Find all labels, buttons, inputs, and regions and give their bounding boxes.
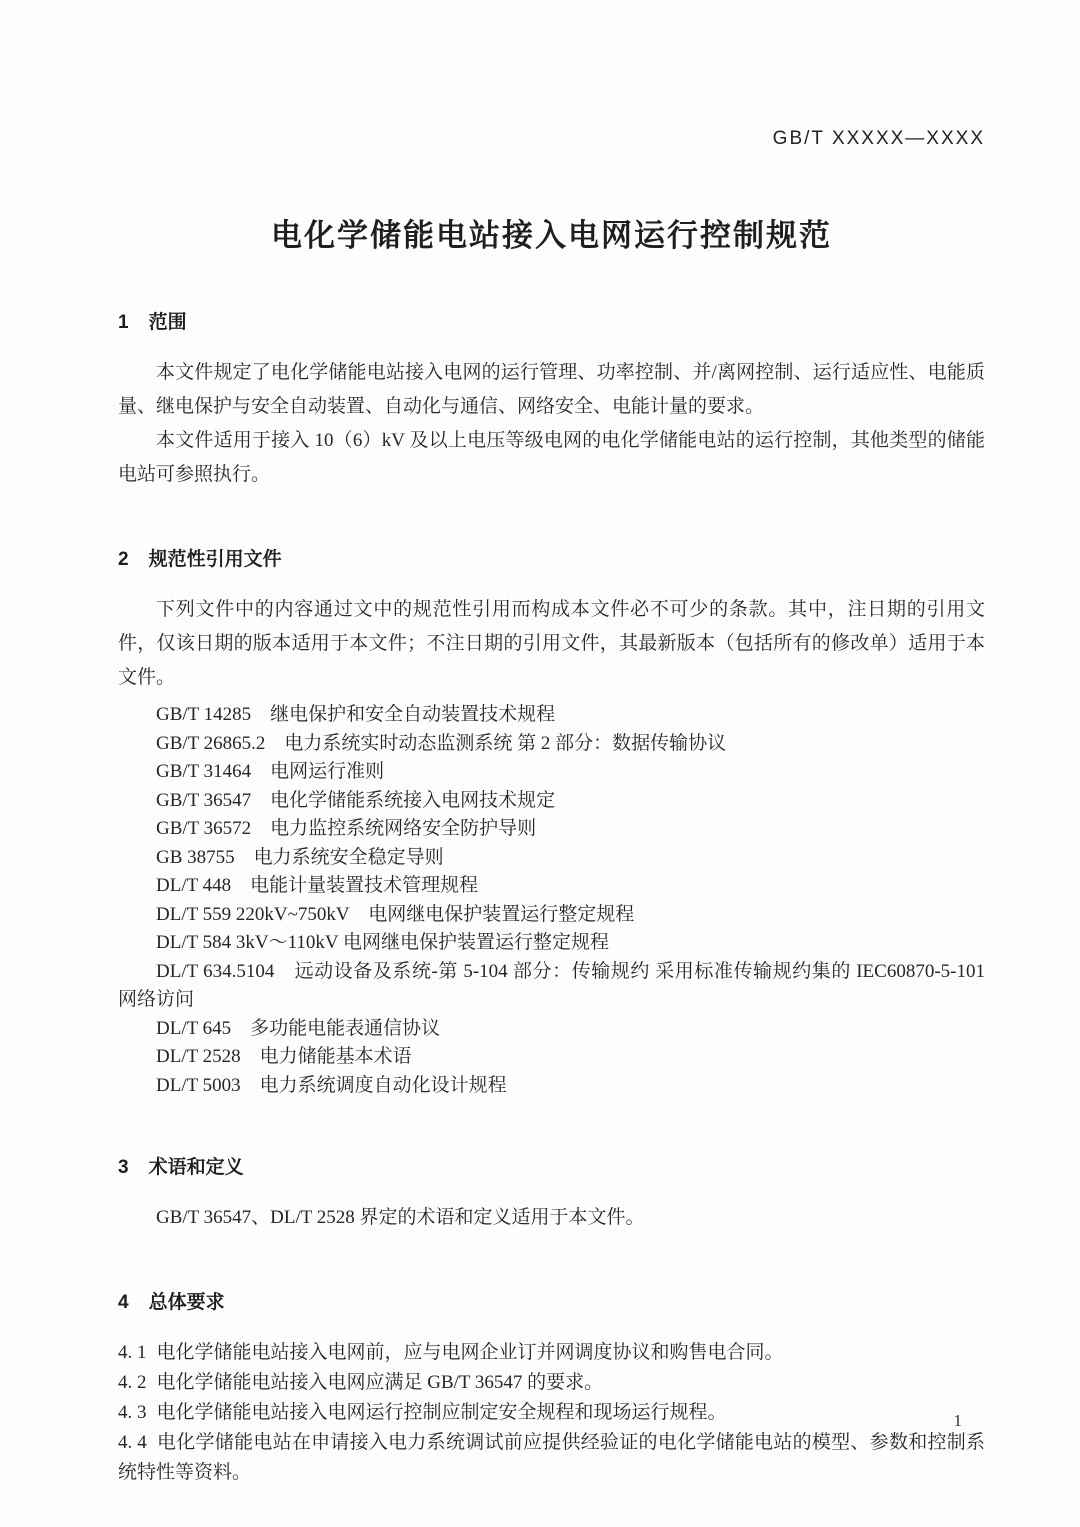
- clause-text: 电化学储能电站接入电网运行控制应制定安全规程和现场运行规程。: [157, 1402, 727, 1423]
- reference-item: GB/T 14285 继电保护和安全自动装置技术规程: [118, 701, 985, 730]
- section-3-title: 术语和定义: [149, 1157, 244, 1178]
- reference-item: DL/T 448 电能计量装置技术管理规程: [118, 872, 985, 901]
- clause-text: 电化学储能电站接入电网应满足 GB/T 36547 的要求。: [157, 1372, 604, 1393]
- reference-item: DL/T 2528 电力储能基本术语: [118, 1043, 985, 1072]
- reference-item: DL/T 634.5104 远动设备及系统-第 5-104 部分：传输规约 采用…: [118, 958, 985, 1015]
- section-1-number: 1: [118, 312, 129, 334]
- clause-number: 4. 3: [118, 1402, 147, 1423]
- clause-item: 4. 3电化学储能电站接入电网运行控制应制定安全规程和现场运行规程。: [118, 1398, 985, 1428]
- section-4-heading: 4总体要求: [118, 1287, 985, 1314]
- reference-item: GB/T 36547 电化学储能系统接入电网技术规定: [118, 787, 985, 816]
- section-4-number: 4: [118, 1292, 129, 1314]
- clause-item: 4. 2电化学储能电站接入电网应满足 GB/T 36547 的要求。: [118, 1368, 985, 1398]
- paragraph: 本文件适用于接入 10（6）kV 及以上电压等级电网的电化学储能电站的运行控制，…: [118, 424, 985, 492]
- section-1-body: 本文件规定了电化学储能电站接入电网的运行管理、功率控制、并/离网控制、运行适应性…: [118, 356, 985, 492]
- clause-text: 电化学储能电站在申请接入电力系统调试前应提供经验证的电化学储能电站的模型、参数和…: [118, 1432, 985, 1483]
- section-3-number: 3: [118, 1157, 129, 1179]
- normative-references-list: GB/T 14285 继电保护和安全自动装置技术规程 GB/T 26865.2 …: [118, 701, 985, 1100]
- clause-number: 4. 2: [118, 1372, 147, 1393]
- clause-text: 电化学储能电站接入电网前，应与电网企业订并网调度协议和购售电合同。: [157, 1342, 784, 1363]
- paragraph: 下列文件中的内容通过文中的规范性引用而构成本文件必不可少的条款。其中，注日期的引…: [118, 593, 985, 695]
- clause-number: 4. 1: [118, 1342, 147, 1363]
- page-number: 1: [954, 1411, 963, 1431]
- reference-item: DL/T 645 多功能电能表通信协议: [118, 1015, 985, 1044]
- reference-item: GB/T 36572 电力监控系统网络安全防护导则: [118, 815, 985, 844]
- reference-item: GB 38755 电力系统安全稳定导则: [118, 844, 985, 873]
- reference-item: DL/T 584 3kV～110kV 电网继电保护装置运行整定规程: [118, 929, 985, 958]
- section-2-title: 规范性引用文件: [149, 549, 282, 570]
- section-1-title: 范围: [149, 312, 187, 333]
- clause-number: 4. 4: [118, 1432, 147, 1453]
- clause-item: 4. 4电化学储能电站在申请接入电力系统调试前应提供经验证的电化学储能电站的模型…: [118, 1428, 985, 1488]
- paragraph: GB/T 36547、DL/T 2528 界定的术语和定义适用于本文件。: [118, 1201, 985, 1235]
- section-1-heading: 1范围: [118, 307, 985, 334]
- clause-item: 4. 1电化学储能电站接入电网前，应与电网企业订并网调度协议和购售电合同。: [118, 1338, 985, 1368]
- reference-item: DL/T 559 220kV~750kV 电网继电保护装置运行整定规程: [118, 901, 985, 930]
- document-title: 电化学储能电站接入电网运行控制规范: [118, 210, 985, 255]
- document-page: GB/T XXXXX—XXXX 电化学储能电站接入电网运行控制规范 1范围 本文…: [0, 0, 1080, 1527]
- section-3-body: GB/T 36547、DL/T 2528 界定的术语和定义适用于本文件。: [118, 1201, 985, 1235]
- section-4-title: 总体要求: [149, 1292, 225, 1313]
- reference-item: DL/T 5003 电力系统调度自动化设计规程: [118, 1072, 985, 1101]
- reference-item: GB/T 26865.2 电力系统实时动态监测系统 第 2 部分：数据传输协议: [118, 730, 985, 759]
- section-4-body: 4. 1电化学储能电站接入电网前，应与电网企业订并网调度协议和购售电合同。 4.…: [118, 1338, 985, 1488]
- reference-item: GB/T 31464 电网运行准则: [118, 758, 985, 787]
- section-3-heading: 3术语和定义: [118, 1152, 985, 1179]
- paragraph: 本文件规定了电化学储能电站接入电网的运行管理、功率控制、并/离网控制、运行适应性…: [118, 356, 985, 424]
- section-2-heading: 2规范性引用文件: [118, 544, 985, 571]
- section-2-number: 2: [118, 549, 129, 571]
- standard-code: GB/T XXXXX—XXXX: [118, 128, 985, 150]
- section-2-body: 下列文件中的内容通过文中的规范性引用而构成本文件必不可少的条款。其中，注日期的引…: [118, 593, 985, 1100]
